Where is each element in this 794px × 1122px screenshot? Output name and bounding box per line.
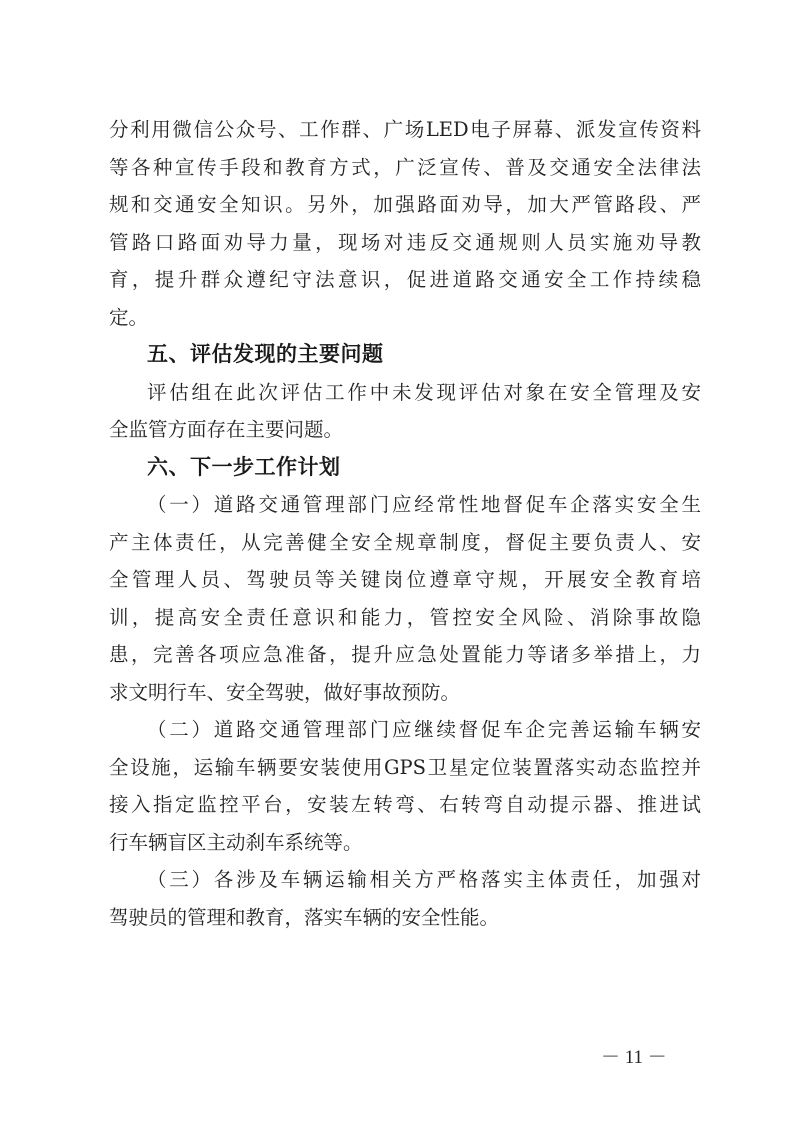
text-line: 管路口路面劝导力量，现场对违反交通规则人员实施劝导教: [109, 224, 701, 262]
text-line: 行车辆盲区主动刹车系统等。: [109, 824, 701, 862]
text-line: 求文明行车、安全驾驶，做好事故预防。: [109, 674, 701, 712]
text-line: 评估组在此次评估工作中未发现评估对象在安全管理及安: [109, 374, 701, 412]
text-line: 定。: [109, 299, 701, 337]
text-line: 分利用微信公众号、工作群、广场LED电子屏幕、派发宣传资料: [109, 111, 701, 149]
text-line: （三）各涉及车辆运输相关方严格落实主体责任，加强对: [109, 861, 701, 899]
section-heading-main-problems: 五、评估发现的主要问题: [109, 336, 701, 374]
text-line: （二）道路交通管理部门应继续督促车企完善运输车辆安: [109, 711, 701, 749]
text-line: 产主体责任，从完善健全安全规章制度，督促主要负责人、安: [109, 524, 701, 562]
body-text: 分利用微信公众号、工作群、广场LED电子屏幕、派发宣传资料 等各种宣传手段和教育…: [109, 111, 701, 936]
paragraph-publicity-continuation: 分利用微信公众号、工作群、广场LED电子屏幕、派发宣传资料 等各种宣传手段和教育…: [109, 111, 701, 336]
text-line: 等各种宣传手段和教育方式，广泛宣传、普及交通安全法律法: [109, 149, 701, 187]
text-line: 规和交通安全知识。另外，加强路面劝导，加大严管路段、严: [109, 186, 701, 224]
paragraph-item-2: （二）道路交通管理部门应继续督促车企完善运输车辆安 全设施，运输车辆要安装使用G…: [109, 711, 701, 861]
text-line: 全管理人员、驾驶员等关键岗位遵章守规，开展安全教育培: [109, 561, 701, 599]
text-line: 育，提升群众遵纪守法意识，促进道路交通安全工作持续稳: [109, 261, 701, 299]
page-number: － 11 －: [601, 1042, 661, 1069]
document-page: 分利用微信公众号、工作群、广场LED电子屏幕、派发宣传资料 等各种宣传手段和教育…: [0, 0, 794, 1122]
text-line: 训，提高安全责任意识和能力，管控安全风险、消除事故隐: [109, 599, 701, 637]
paragraph-item-3: （三）各涉及车辆运输相关方严格落实主体责任，加强对 驾驶员的管理和教育，落实车辆…: [109, 861, 701, 936]
text-line: 驾驶员的管理和教育，落实车辆的安全性能。: [109, 899, 701, 937]
text-line: 全监管方面存在主要问题。: [109, 411, 701, 449]
paragraph-findings: 评估组在此次评估工作中未发现评估对象在安全管理及安 全监管方面存在主要问题。: [109, 374, 701, 449]
text-line: 接入指定监控平台，安装左转弯、右转弯自动提示器、推进试: [109, 786, 701, 824]
text-line: （一）道路交通管理部门应经常性地督促车企落实安全生: [109, 486, 701, 524]
section-heading-next-steps: 六、下一步工作计划: [109, 449, 701, 487]
text-line: 全设施，运输车辆要安装使用GPS卫星定位装置落实动态监控并: [109, 749, 701, 787]
text-line: 患，完善各项应急准备，提升应急处置能力等诸多举措上，力: [109, 636, 701, 674]
paragraph-item-1: （一）道路交通管理部门应经常性地督促车企落实安全生 产主体责任，从完善健全安全规…: [109, 486, 701, 711]
